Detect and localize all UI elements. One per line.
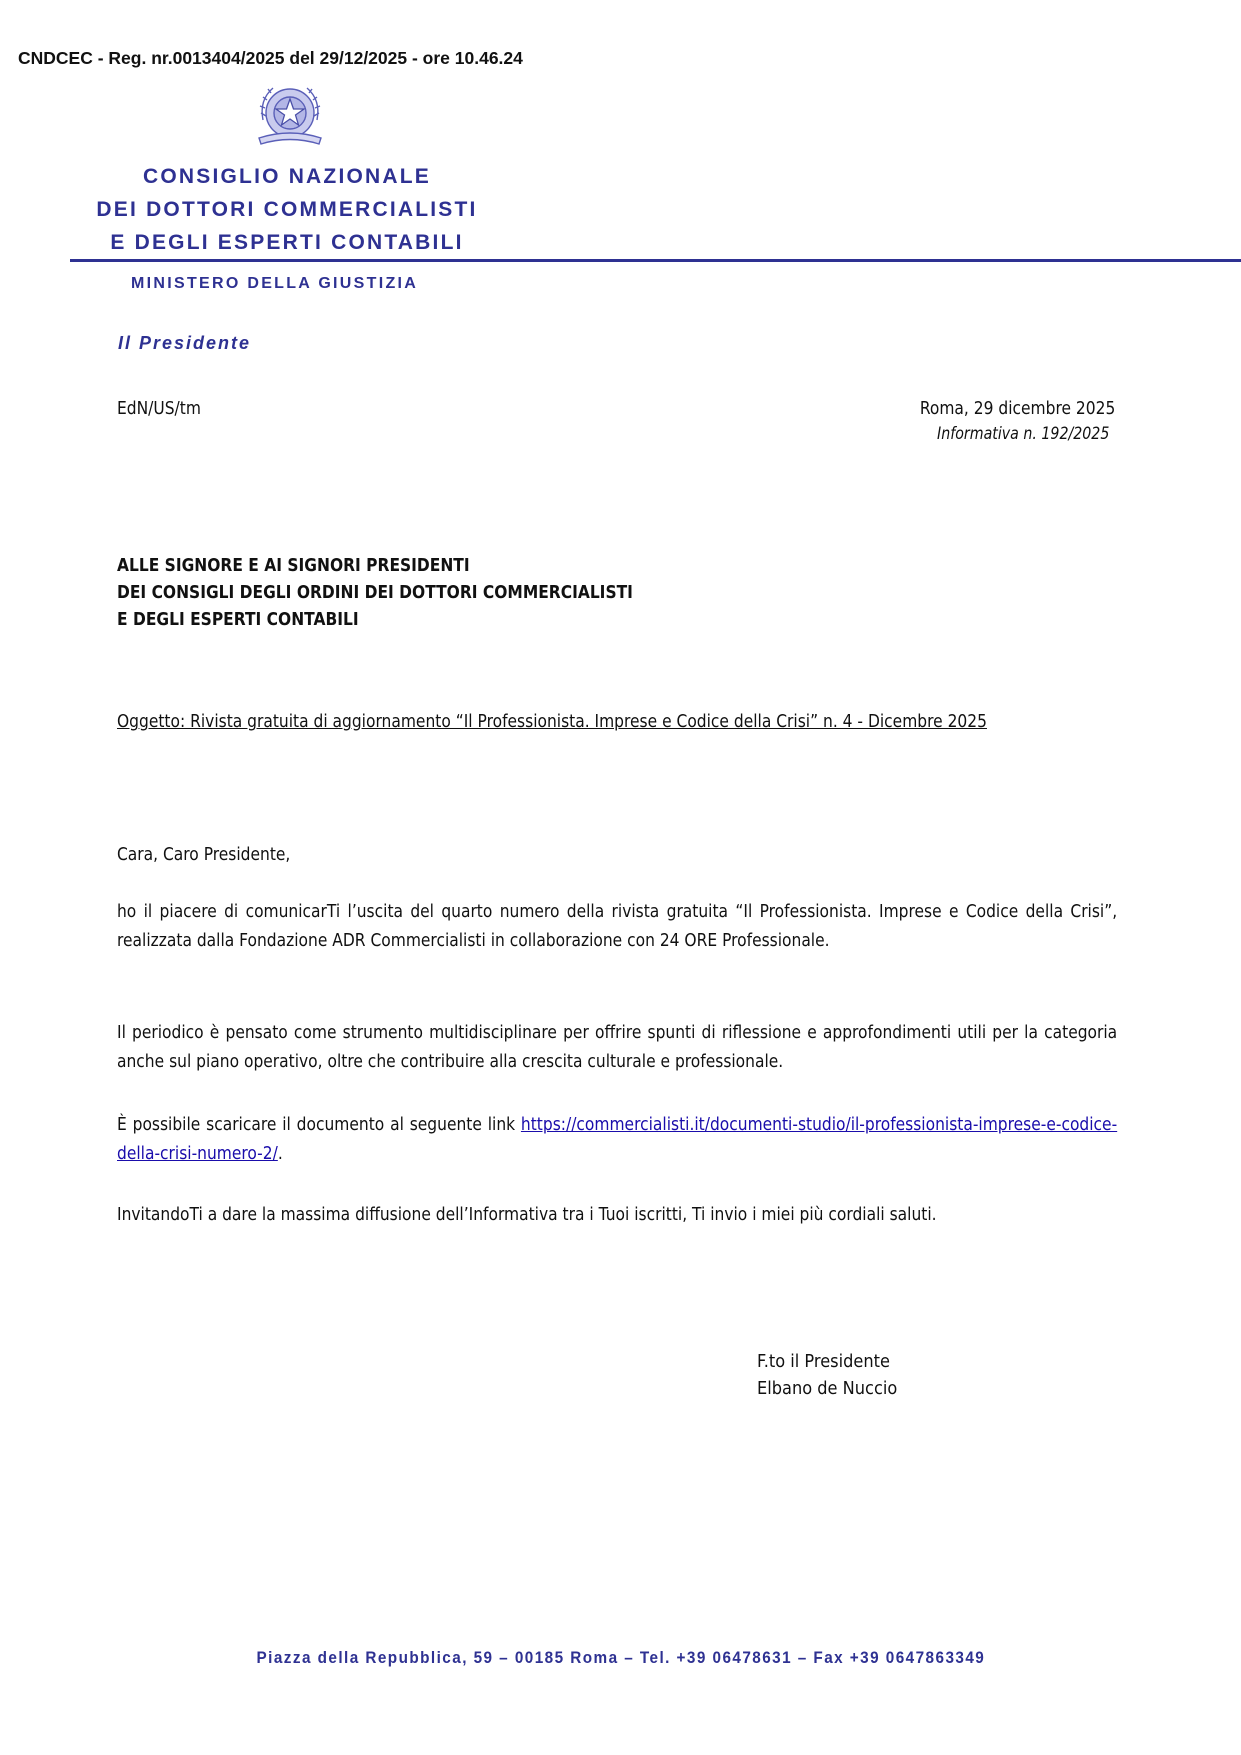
download-suffix: . xyxy=(278,1143,283,1164)
paragraph-announcement-text: ho il piacere di comunicarTi l’uscita de… xyxy=(117,897,1117,955)
paragraph-announcement: ho il piacere di comunicarTi l’uscita de… xyxy=(117,897,1117,955)
org-line-2: DEI DOTTORI COMMERCIALISTI xyxy=(62,193,512,226)
subject-line: Oggetto: Rivista gratuita di aggiornamen… xyxy=(117,708,1117,735)
recipients-block: ALLE SIGNORE E AI SIGNORI PRESIDENTI DEI… xyxy=(117,552,717,633)
footer-address-text: Piazza della Repubblica, 59 – 00185 Roma… xyxy=(256,1648,985,1668)
registration-stamp: CNDCEC - Reg. nr.0013404/2025 del 29/12/… xyxy=(18,48,523,69)
footer-address: Piazza della Repubblica, 59 – 00185 Roma… xyxy=(0,1648,1241,1668)
place-date-text: Roma, 29 dicembre 2025 xyxy=(920,398,1115,419)
paragraph-closing-text: InvitandoTi a dare la massima diffusione… xyxy=(117,1200,1117,1229)
signature-block: F.to il Presidente Elbano de Nuccio xyxy=(757,1348,913,1402)
signature-name: Elbano de Nuccio xyxy=(757,1375,897,1402)
place-date: Roma, 29 dicembre 2025 xyxy=(888,398,1115,419)
reference-code-text: EdN/US/tm xyxy=(117,398,214,419)
informativa-number-text: Informativa n. 192/2025 xyxy=(937,424,1109,443)
org-line-1: CONSIGLIO NAZIONALE xyxy=(62,160,512,193)
download-prefix: È possibile scaricare il documento al se… xyxy=(117,1114,521,1135)
recipient-line-3: E DEGLI ESPERTI CONTABILI xyxy=(117,606,715,633)
office-title: Il Presidente xyxy=(118,333,251,354)
italian-republic-emblem-icon xyxy=(249,80,331,152)
recipient-line-2: DEI CONSIGLI DEGLI ORDINI DEI DOTTORI CO… xyxy=(117,579,715,606)
header-divider xyxy=(70,259,1241,262)
paragraph-closing: InvitandoTi a dare la massima diffusione… xyxy=(117,1200,1117,1229)
organization-name: CONSIGLIO NAZIONALE DEI DOTTORI COMMERCI… xyxy=(62,160,512,259)
paragraph-purpose-text: Il periodico è pensato come strumento mu… xyxy=(117,1018,1117,1076)
org-line-3: E DEGLI ESPERTI CONTABILI xyxy=(62,226,512,259)
signature-title: F.to il Presidente xyxy=(757,1348,897,1375)
reference-code: EdN/US/tm xyxy=(117,398,215,419)
informativa-number: Informativa n. 192/2025 xyxy=(909,424,1109,443)
paragraph-purpose: Il periodico è pensato come strumento mu… xyxy=(117,1018,1117,1076)
greeting: Cara, Caro Presidente, xyxy=(117,840,1117,869)
ministry-label: MINISTERO DELLA GIUSTIZIA xyxy=(131,275,418,293)
paragraph-download-text: È possibile scaricare il documento al se… xyxy=(117,1110,1117,1168)
paragraph-download: È possibile scaricare il documento al se… xyxy=(117,1110,1117,1168)
recipient-line-1: ALLE SIGNORE E AI SIGNORI PRESIDENTI xyxy=(117,552,715,579)
subject-text: Oggetto: Rivista gratuita di aggiornamen… xyxy=(117,708,1117,735)
greeting-text: Cara, Caro Presidente, xyxy=(117,840,1117,869)
